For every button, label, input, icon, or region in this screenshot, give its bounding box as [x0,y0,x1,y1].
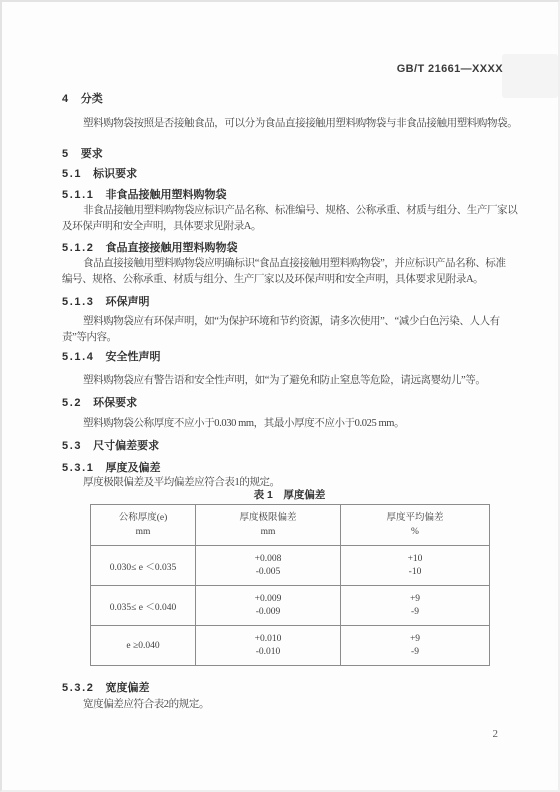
deviation-minus: -0.005 [196,566,340,579]
heading-number: 5.1.1 [62,189,94,201]
heading-5: 5要求 [62,147,103,162]
col-unit: mm [91,526,195,539]
cell-limit-deviation: +0.010 -0.010 [196,626,341,666]
heading-5-3: 5.3尺寸偏差要求 [62,439,159,454]
heading-number: 5 [62,148,70,160]
deviation-minus: -9 [341,606,489,619]
table-header-row: 公称厚度(e) mm 厚度极限偏差 mm 厚度平均偏差 % [91,505,490,546]
heading-5-1-4: 5.1.4安全性声明 [62,350,160,365]
col-name: 厚度平均偏差 [341,511,489,526]
heading-5-1-1: 5.1.1非食品接触用塑料购物袋 [62,188,226,203]
cell-average-deviation: +9 -9 [341,626,490,666]
deviation-minus: -10 [341,566,489,579]
paragraph-line: 及环保声明和安全声明，具体要求见附录A。 [62,219,517,235]
heading-title: 非食品接触用塑料购物袋 [105,189,226,201]
paragraph-line: 塑料购物袋应有环保声明，如“为保护环境和节约资源，请多次使用”、“减少白色污染、… [62,314,500,330]
heading-number: 5.1.4 [62,351,94,363]
deviation-plus: +9 [341,633,489,646]
col-name: 厚度极限偏差 [196,511,340,526]
col-unit: % [341,526,489,539]
heading-number: 5.3.2 [62,682,94,694]
heading-5-3-2: 5.3.2宽度偏差 [62,681,149,696]
table-caption: 表 1 厚度偏差 [90,488,489,502]
heading-number: 5.1.3 [62,296,94,308]
heading-number: 5.1 [62,168,82,180]
cell-nominal-range: 0.035≤ e ＜0.040 [91,586,196,626]
paragraph-5-1-2: 食品直接接触用塑料购物袋应明确标识“食品直接接触用塑料购物袋”，并应标识产品名称… [62,256,506,288]
deviation-plus: +10 [341,553,489,566]
paragraph-line: 食品直接接触用塑料购物袋应明确标识“食品直接接触用塑料购物袋”，并应标识产品名称… [62,256,506,272]
page-number: 2 [493,728,499,740]
cell-nominal-range: e ≥0.040 [91,626,196,666]
paragraph-line: 宽度偏差应符合表2的规定。 [62,697,209,713]
paragraph-5-1-1: 非食品接触用塑料购物袋应标识产品名称、标准编号、规格、公称承重、材质与组分、生产… [62,203,517,235]
deviation-plus: +0.008 [196,553,340,566]
heading-title: 环保要求 [93,397,137,409]
heading-number: 5.2 [62,397,82,409]
cell-nominal-range: 0.030≤ e ＜0.035 [91,546,196,586]
cell-average-deviation: +9 -9 [341,586,490,626]
heading-5-3-1: 5.3.1厚度及偏差 [62,461,160,476]
document-page: GB/T 21661—XXXX 4分类 塑料购物袋按照是否接触食品，可以分为食品… [0,0,560,792]
heading-5-1-2: 5.1.2食品直接接触用塑料购物袋 [62,241,237,256]
table-row: e ≥0.040 +0.010 -0.010 +9 -9 [91,626,490,666]
col-header-limit-deviation: 厚度极限偏差 mm [196,505,341,546]
heading-4: 4分类 [62,92,103,107]
heading-number: 5.3.1 [62,462,94,474]
heading-title: 环保声明 [105,296,149,308]
heading-title: 宽度偏差 [105,682,149,694]
table-row: 0.030≤ e ＜0.035 +0.008 -0.005 +10 -10 [91,546,490,586]
deviation-minus: -0.009 [196,606,340,619]
deviation-plus: +0.009 [196,593,340,606]
table-row: 0.035≤ e ＜0.040 +0.009 -0.009 +9 -9 [91,586,490,626]
heading-number: 5.3 [62,440,82,452]
deviation-minus: -9 [341,646,489,659]
heading-title: 厚度及偏差 [105,462,160,474]
heading-title: 标识要求 [93,168,137,180]
paragraph-5-2: 塑料购物袋公称厚度不应小于0.030 mm，其最小厚度不应小于0.025 mm。 [62,416,404,432]
deviation-plus: +9 [341,593,489,606]
paragraph-line: 塑料购物袋按照是否接触食品，可以分为食品直接接触用塑料购物袋与非食品接触用塑料购… [62,116,517,132]
thickness-deviation-table: 公称厚度(e) mm 厚度极限偏差 mm 厚度平均偏差 % 0.030≤ e ＜… [90,504,490,666]
standard-code: GB/T 21661—XXXX [397,63,503,75]
col-header-nominal-thickness: 公称厚度(e) mm [91,505,196,546]
paragraph-5-1-3: 塑料购物袋应有环保声明，如“为保护环境和节约资源，请多次使用”、“减少白色污染、… [62,314,500,346]
heading-number: 5.1.2 [62,242,94,254]
heading-5-1-3: 5.1.3环保声明 [62,295,149,310]
cell-average-deviation: +10 -10 [341,546,490,586]
cell-limit-deviation: +0.009 -0.009 [196,586,341,626]
heading-5-1: 5.1标识要求 [62,167,137,182]
scan-artifact [502,54,558,98]
paragraph-line: 非食品接触用塑料购物袋应标识产品名称、标准编号、规格、公称承重、材质与组分、生产… [62,203,517,219]
paragraph-line: 编号、规格、公称承重、材质与组分、生产厂家以及环保声明和安全声明，具体要求见附录… [62,272,506,288]
paragraph-line: 塑料购物袋应有警告语和安全性声明，如“为了避免和防止窒息等危险，请远离婴幼儿”等… [62,373,485,389]
paragraph-line: 责”等内容。 [62,330,500,346]
cell-limit-deviation: +0.008 -0.005 [196,546,341,586]
col-unit: mm [196,526,340,539]
paragraph-4: 塑料购物袋按照是否接触食品，可以分为食品直接接触用塑料购物袋与非食品接触用塑料购… [62,116,517,132]
paragraph-5-3-2: 宽度偏差应符合表2的规定。 [62,697,209,713]
heading-title: 安全性声明 [105,351,160,363]
deviation-plus: +0.010 [196,633,340,646]
heading-title: 要求 [81,148,103,160]
col-name: 公称厚度(e) [91,511,195,526]
heading-title: 分类 [81,93,103,105]
paragraph-line: 塑料购物袋公称厚度不应小于0.030 mm，其最小厚度不应小于0.025 mm。 [62,416,404,432]
col-header-average-deviation: 厚度平均偏差 % [341,505,490,546]
heading-5-2: 5.2环保要求 [62,396,137,411]
heading-title: 尺寸偏差要求 [93,440,159,452]
heading-title: 食品直接接触用塑料购物袋 [105,242,237,254]
deviation-minus: -0.010 [196,646,340,659]
heading-number: 4 [62,93,70,105]
paragraph-5-1-4: 塑料购物袋应有警告语和安全性声明，如“为了避免和防止窒息等危险，请远离婴幼儿”等… [62,373,485,389]
